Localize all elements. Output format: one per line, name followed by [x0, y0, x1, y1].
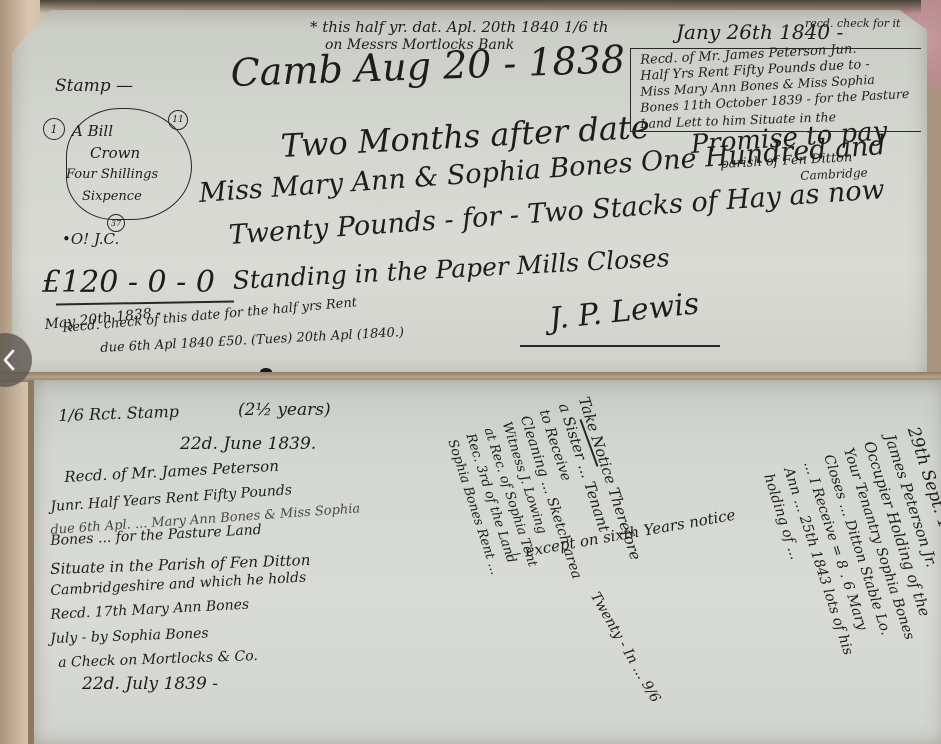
chevron-left-icon: [2, 349, 16, 371]
promise-cambridge: Cambridge: [800, 166, 868, 182]
annotation-line-1: * this half yr. dat. Apl. 20th 1840 1/6 …: [310, 20, 608, 35]
stamp-line-4: Sixpence: [82, 190, 142, 203]
bottom-line-10: 22d. July 1839 -: [82, 676, 218, 693]
stamp-line-2: Crown: [90, 146, 140, 161]
receipt-stamp-label: 1/6 Rct. Stamp: [58, 404, 179, 424]
years-note: (2½ years): [238, 402, 331, 419]
stamp-circle-1: 1: [43, 118, 65, 140]
bottom-receipt-date: 22d. June 1839.: [180, 436, 316, 453]
image-viewer: Stamp — 1 11 A Bill Crown Four Shillings…: [0, 0, 941, 744]
stamp-code: •O! J.C.: [62, 232, 119, 247]
receipt-side-note: recd. check for it: [805, 18, 900, 29]
signature-underline: [520, 345, 720, 347]
stamp-line-1: A Bill: [72, 124, 113, 139]
bill-amount: £120 - 0 - 0: [42, 268, 215, 298]
stamp-line-3: Four Shillings: [66, 168, 158, 181]
stamp-heading: Stamp —: [55, 78, 133, 95]
